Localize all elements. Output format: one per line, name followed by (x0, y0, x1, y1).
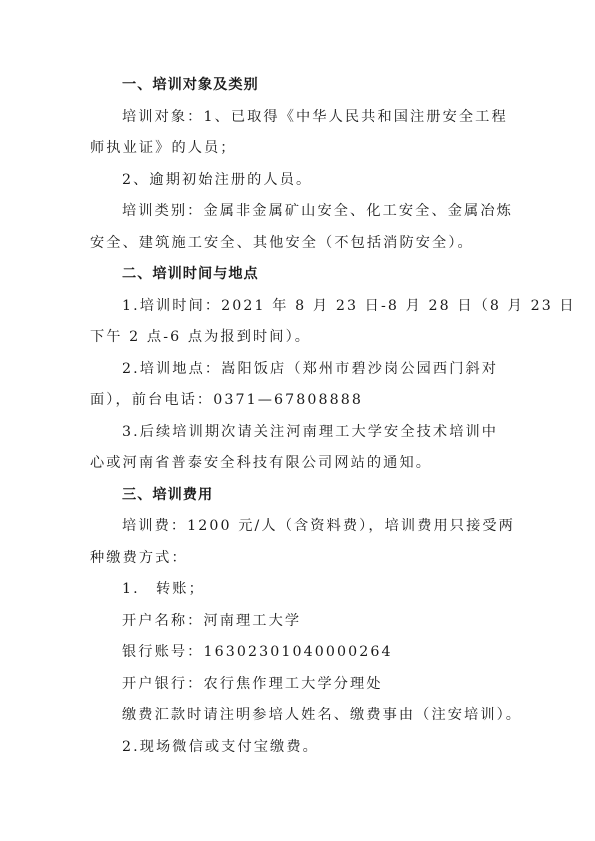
section-heading-3: 三、培训费用 (90, 480, 508, 512)
paragraph-line: 面），前台电话：0371—67808888 (90, 385, 508, 417)
paragraph-line: 3.后续培训期次请关注河南理工大学安全技术培训中 (90, 417, 508, 449)
paragraph-line: 2.培训地点：嵩阳饭店（郑州市碧沙岗公园西门斜对 (90, 354, 508, 386)
bank-name-line: 开户银行：农行焦作理工大学分理处 (90, 669, 508, 701)
section-heading-2: 二、培训时间与地点 (90, 259, 508, 291)
paragraph-line: 种缴费方式： (90, 543, 508, 575)
account-number-line: 银行账号：16302301040000264 (90, 637, 508, 669)
paragraph-line: 安全、建筑施工安全、其他安全（不包括消防安全）。 (90, 228, 508, 260)
paragraph-line: 2、逾期初始注册的人员。 (90, 165, 508, 197)
section-heading-1: 一、培训对象及类别 (90, 70, 508, 102)
paragraph-line: 培训类别：金属非金属矿山安全、化工安全、金属冶炼 (90, 196, 508, 228)
paragraph-line: 缴费汇款时请注明参培人姓名、缴费事由（注安培训）。 (90, 700, 508, 732)
paragraph-line: 1. 转账； (90, 574, 508, 606)
document-page: 一、培训对象及类别 培训对象：1、已取得《中华人民共和国注册安全工程 师执业证》… (90, 70, 508, 763)
account-name-line: 开户名称：河南理工大学 (90, 606, 508, 638)
paragraph-line: 1.培训时间：2021 年 8 月 23 日-8 月 28 日（8 月 23 日 (90, 291, 508, 323)
paragraph-line: 师执业证》的人员； (90, 133, 508, 165)
paragraph-line: 培训对象：1、已取得《中华人民共和国注册安全工程 (90, 102, 508, 134)
paragraph-line: 下午 2 点-6 点为报到时间）。 (90, 322, 508, 354)
paragraph-line: 心或河南省普泰安全科技有限公司网站的通知。 (90, 448, 508, 480)
paragraph-line: 培训费：1200 元/人（含资料费），培训费用只接受两 (90, 511, 508, 543)
paragraph-line: 2.现场微信或支付宝缴费。 (90, 732, 508, 764)
